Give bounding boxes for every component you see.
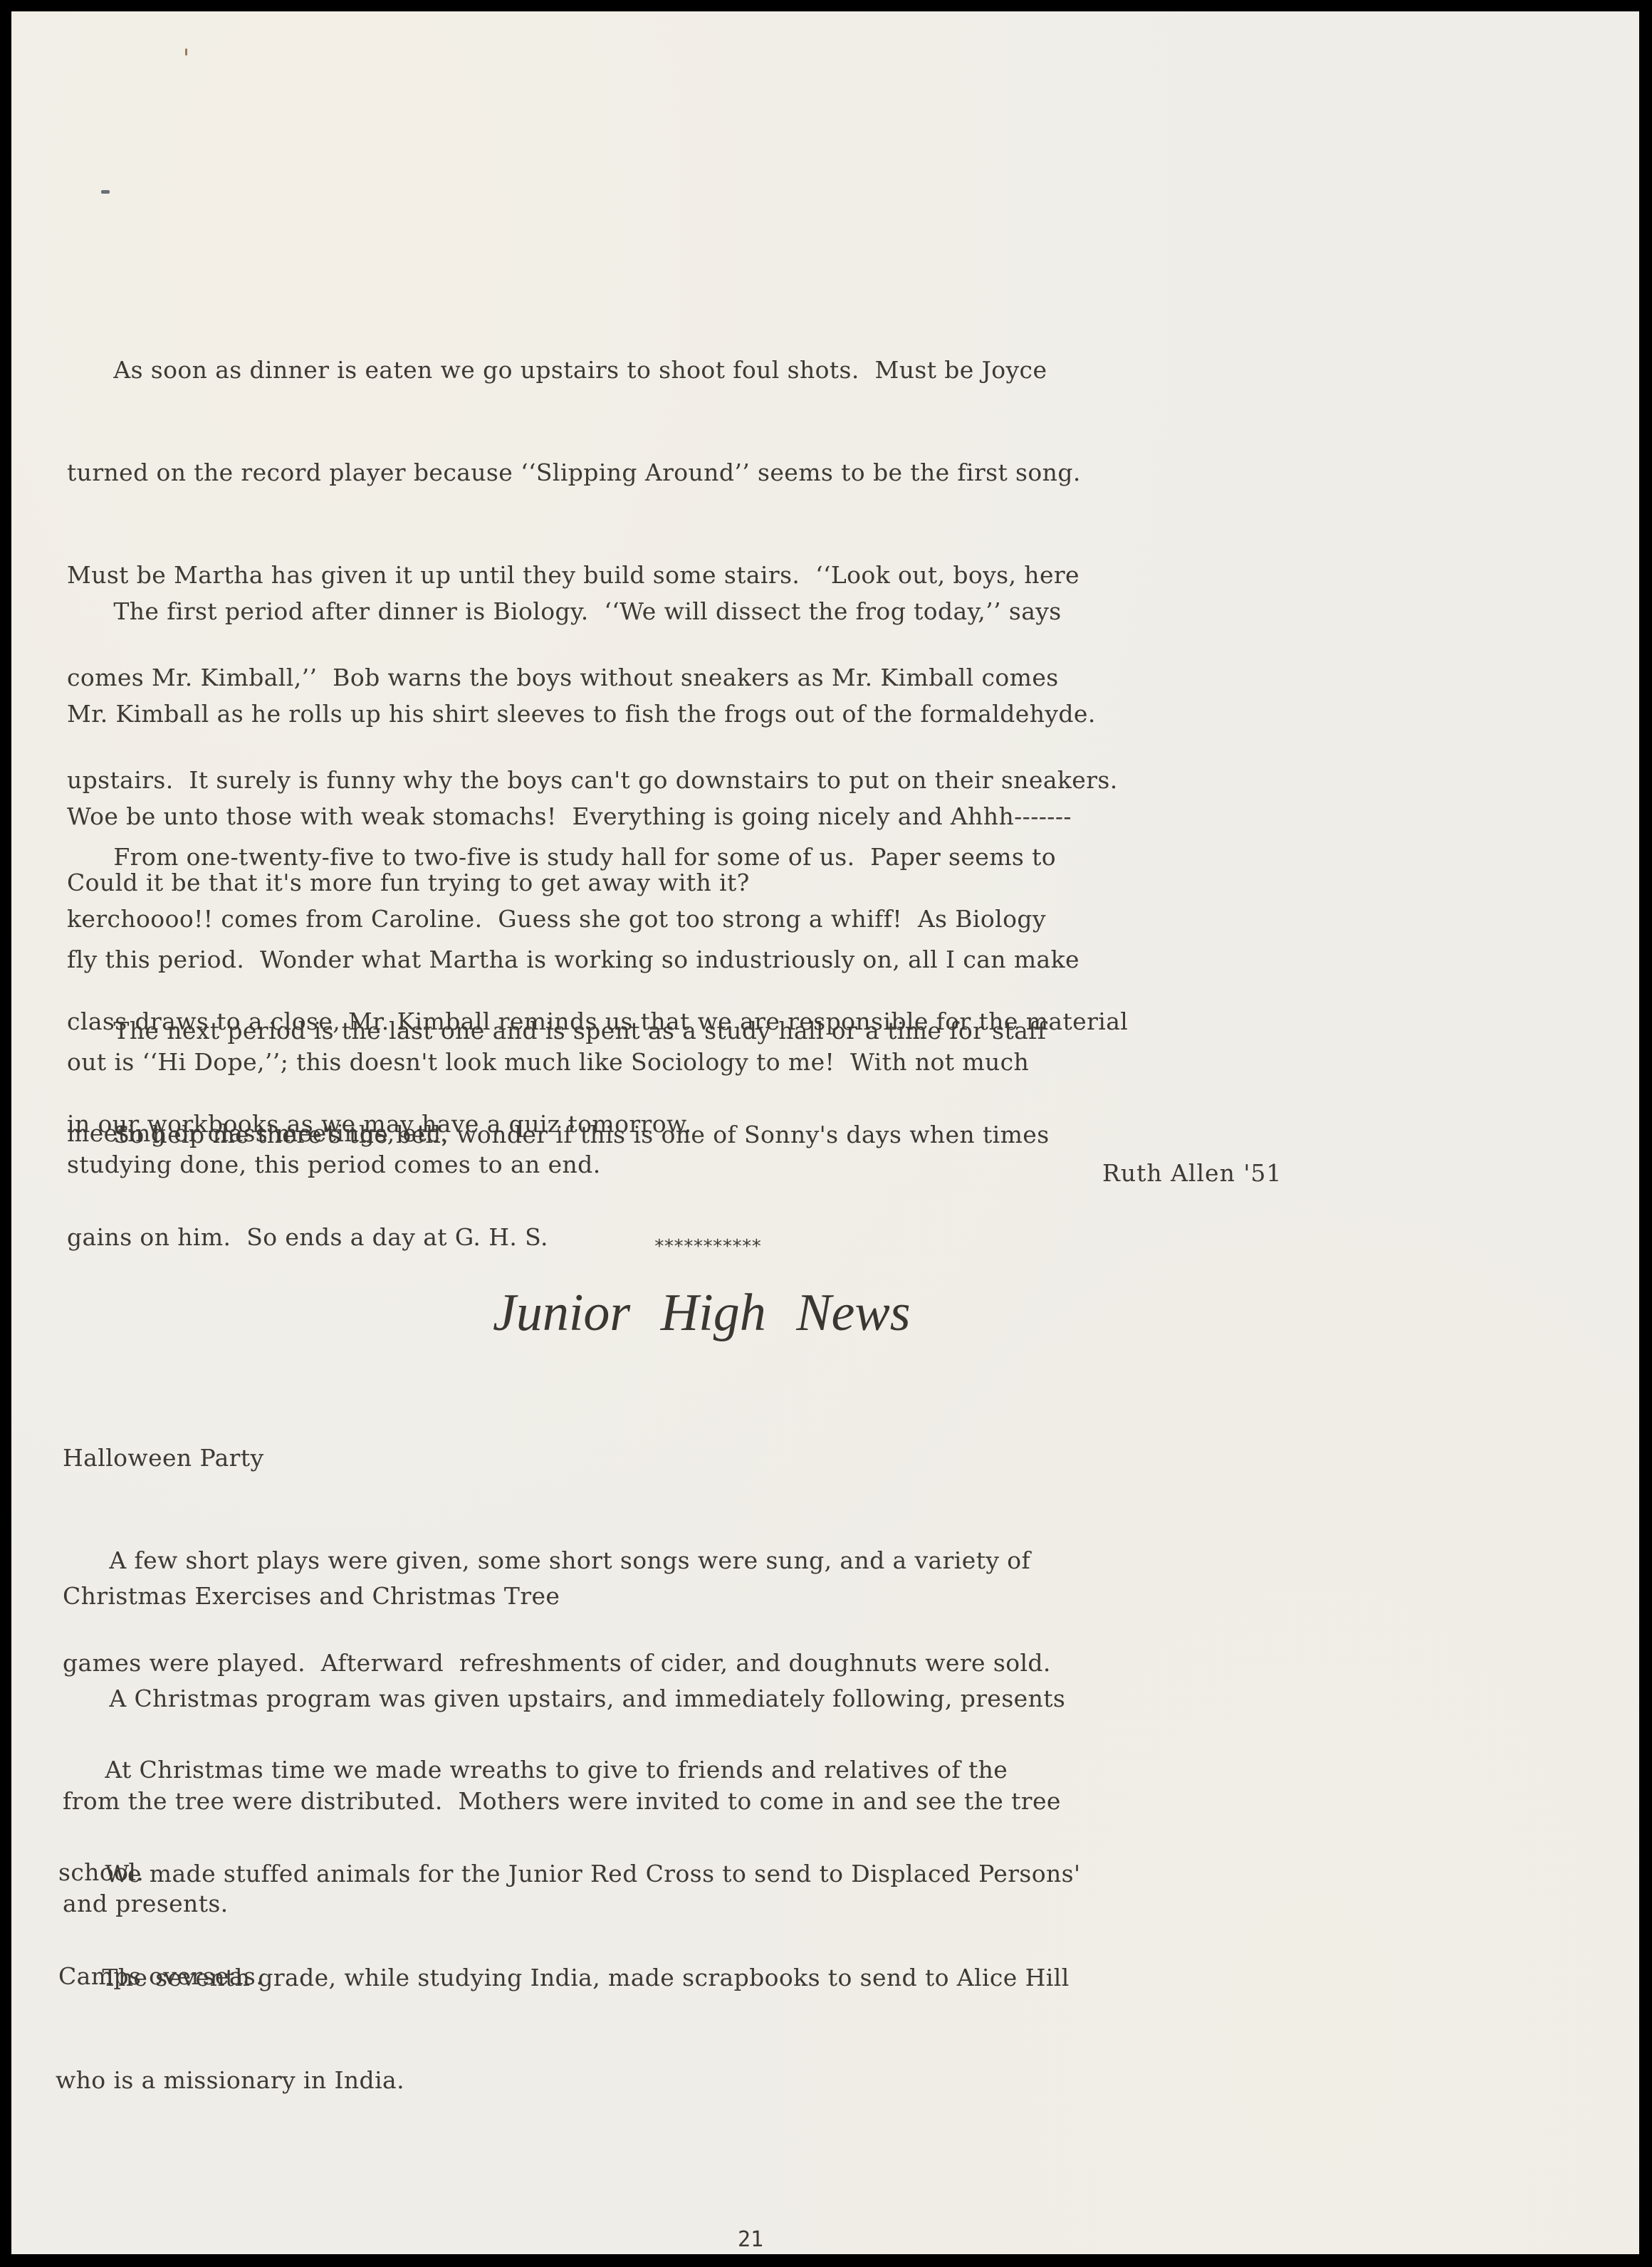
yearbook-page: As soon as dinner is eaten we go upstair…: [11, 11, 1639, 2254]
news-heading: Christmas Exercises and Christmas Tree: [63, 1579, 1065, 1613]
page-number: 21: [738, 2227, 763, 2252]
text-line: Mr. Kimball as he rolls up his shirt sle…: [67, 697, 1128, 731]
news-section: The seventh grade, while studying India,…: [56, 1892, 1070, 2166]
section-separator: ***********: [654, 1236, 760, 1257]
scan-speck: [185, 48, 187, 56]
text-line: The seventh grade, while studying India,…: [56, 1961, 1070, 1995]
news-heading: Halloween Party: [63, 1441, 1051, 1475]
scan-speck: [101, 190, 110, 194]
text-line: From one-twenty-five to two-five is stud…: [67, 840, 1079, 874]
text-line: who is a missionary in India.: [56, 2063, 1070, 2098]
article-paragraph: So help me there's the bell, wonder if t…: [67, 1049, 1050, 1323]
text-line: We made stuffed animals for the Junior R…: [58, 1857, 1080, 1891]
text-line: The next period is the last one and is s…: [67, 1014, 1046, 1048]
section-title: Junior High News: [493, 1283, 911, 1344]
text-line: gains on him. So ends a day at G. H. S.: [67, 1220, 1050, 1255]
text-line: So help me there's the bell, wonder if t…: [67, 1118, 1050, 1152]
author-signature: Ruth Allen '51: [1102, 1159, 1282, 1187]
text-line: As soon as dinner is eaten we go upstair…: [67, 353, 1118, 387]
text-line: The first period after dinner is Biology…: [67, 595, 1128, 629]
text-line: turned on the record player because ‘‘Sl…: [67, 456, 1118, 490]
text-line: At Christmas time we made wreaths to giv…: [58, 1753, 1008, 1787]
